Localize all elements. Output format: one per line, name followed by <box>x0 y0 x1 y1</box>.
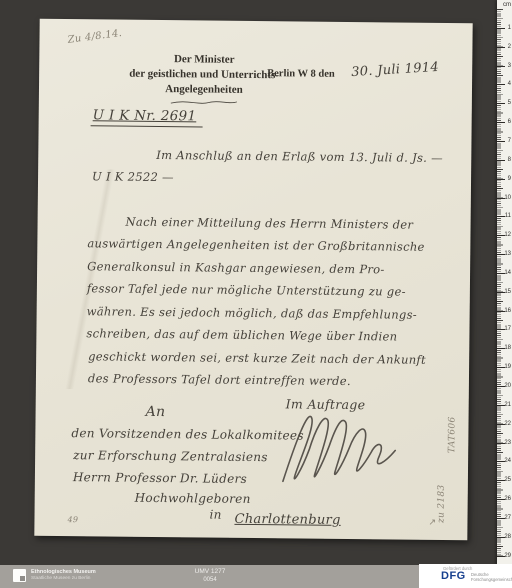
ruler: cm 1234567891011121314151617181920212223… <box>497 0 512 566</box>
ruler-cm-tick <box>497 160 505 161</box>
ruler-cm-tick <box>497 84 505 85</box>
reference-line1: Im Anschluß an den Erlaß vom 13. Juli d.… <box>156 148 443 165</box>
ruler-number: 8 <box>508 157 511 163</box>
dateline-printed: Berlin W 8 den <box>267 68 335 80</box>
ruler-number: 5 <box>508 100 511 106</box>
body-line: auswärtigen Angelegenheiten ist der Groß… <box>87 236 424 254</box>
dateline-date: 30. Juli 1914 <box>351 60 440 80</box>
funding-org-name: Deutsche Forschungsgemeinschaft <box>471 572 512 582</box>
ruler-number: 17 <box>504 326 511 332</box>
ruler-cm-tick <box>497 47 505 48</box>
file-number: U I K Nr. 2691 <box>91 107 203 127</box>
margin-arrow: ↗ <box>428 517 436 528</box>
ruler-number: 29 <box>504 553 511 559</box>
body-line: schreiben, das auf dem üblichen Wege übe… <box>86 326 397 343</box>
margin-note-lower: zu 2183 <box>436 485 446 524</box>
filing-note: Zu 4/8.14. <box>67 28 123 46</box>
ruler-cm-tick <box>497 103 505 104</box>
letterhead-line3: Angelegenheiten <box>89 81 319 98</box>
ruler-number: 10 <box>504 195 511 201</box>
dfg-logo: DFG <box>441 571 466 582</box>
pencil-page-note: 49 <box>67 515 78 524</box>
ruler-number: 15 <box>504 289 511 295</box>
funding-org-line2: Forschungsgemeinschaft <box>471 577 512 582</box>
ruler-number: 23 <box>504 440 511 446</box>
page-number: 0054 <box>0 577 420 584</box>
ruler-number: 28 <box>504 534 511 540</box>
address-line2: zur Erforschung Zentralasiens <box>73 448 268 464</box>
ruler-number: 26 <box>504 496 511 502</box>
address-city: Charlottenburg <box>234 512 340 528</box>
body-line: Nach einer Mitteilung des Herrn Minister… <box>126 215 414 232</box>
ruler-number: 11 <box>505 213 511 219</box>
address-line3: Herrn Professor Dr. Lüders <box>73 470 247 486</box>
funding-logo-box: Gefördert durch DFG Deutsche Forschungsg… <box>419 564 512 588</box>
address-salutation: An <box>146 404 166 420</box>
ruler-number: 21 <box>504 402 511 408</box>
ruler-cm-tick <box>497 179 505 180</box>
letterhead-flourish <box>169 98 239 107</box>
ruler-number: 14 <box>504 270 511 276</box>
ruler-unit-label: cm <box>503 2 511 8</box>
body-line: geschickt worden sei, erst kurze Zeit na… <box>88 349 426 367</box>
address-line5: in <box>209 508 221 522</box>
ruler-number: 12 <box>504 232 511 238</box>
body-line: Generalkonsul in Kashgar angewiesen, dem… <box>87 259 385 276</box>
ruler-cm-tick <box>497 122 505 123</box>
ruler-number: 2 <box>508 44 511 50</box>
ruler-number: 7 <box>508 138 511 144</box>
ruler-cm-tick <box>497 28 505 29</box>
margin-note-upper: TAT606 <box>447 417 457 454</box>
ruler-number: 4 <box>508 81 511 87</box>
ruler-number: 13 <box>504 251 511 257</box>
footer-bar: Ethnologisches Museum Staatliche Museen … <box>0 565 512 588</box>
ruler-number: 24 <box>504 458 511 464</box>
address-line1: den Vorsitzenden des Lokalkomitees <box>71 426 304 442</box>
body-line: währen. Es sei jedoch möglich, daß das E… <box>87 304 418 321</box>
ruler-number: 25 <box>504 477 511 483</box>
reference-line2: U I K 2522 — <box>92 169 174 184</box>
ruler-cm-tick <box>497 66 505 67</box>
item-id: UMV 1277 <box>0 568 420 575</box>
ruler-number: 16 <box>504 308 511 314</box>
ruler-number: 1 <box>508 25 511 31</box>
ruler-number: 18 <box>504 345 511 351</box>
ruler-number: 9 <box>508 176 511 182</box>
body-line: fessor Tafel jede nur mögliche Unterstüt… <box>87 281 406 298</box>
ruler-number: 6 <box>508 119 511 125</box>
ruler-number: 27 <box>504 515 511 521</box>
letter-scan: Zu 4/8.14. Der Minister der geistlichen … <box>34 19 472 541</box>
body-line: des Professors Tafel dort eintreffen wer… <box>88 371 351 388</box>
address-line4: Hochwohlgeboren <box>135 491 251 506</box>
ruler-number: 3 <box>508 63 511 69</box>
ruler-cm-tick <box>497 141 505 142</box>
signature <box>273 401 424 493</box>
ruler-number: 19 <box>504 364 511 370</box>
ruler-number: 20 <box>504 383 511 389</box>
ruler-number: 22 <box>504 421 511 427</box>
ruler-half-cm-ticks <box>497 9 503 556</box>
